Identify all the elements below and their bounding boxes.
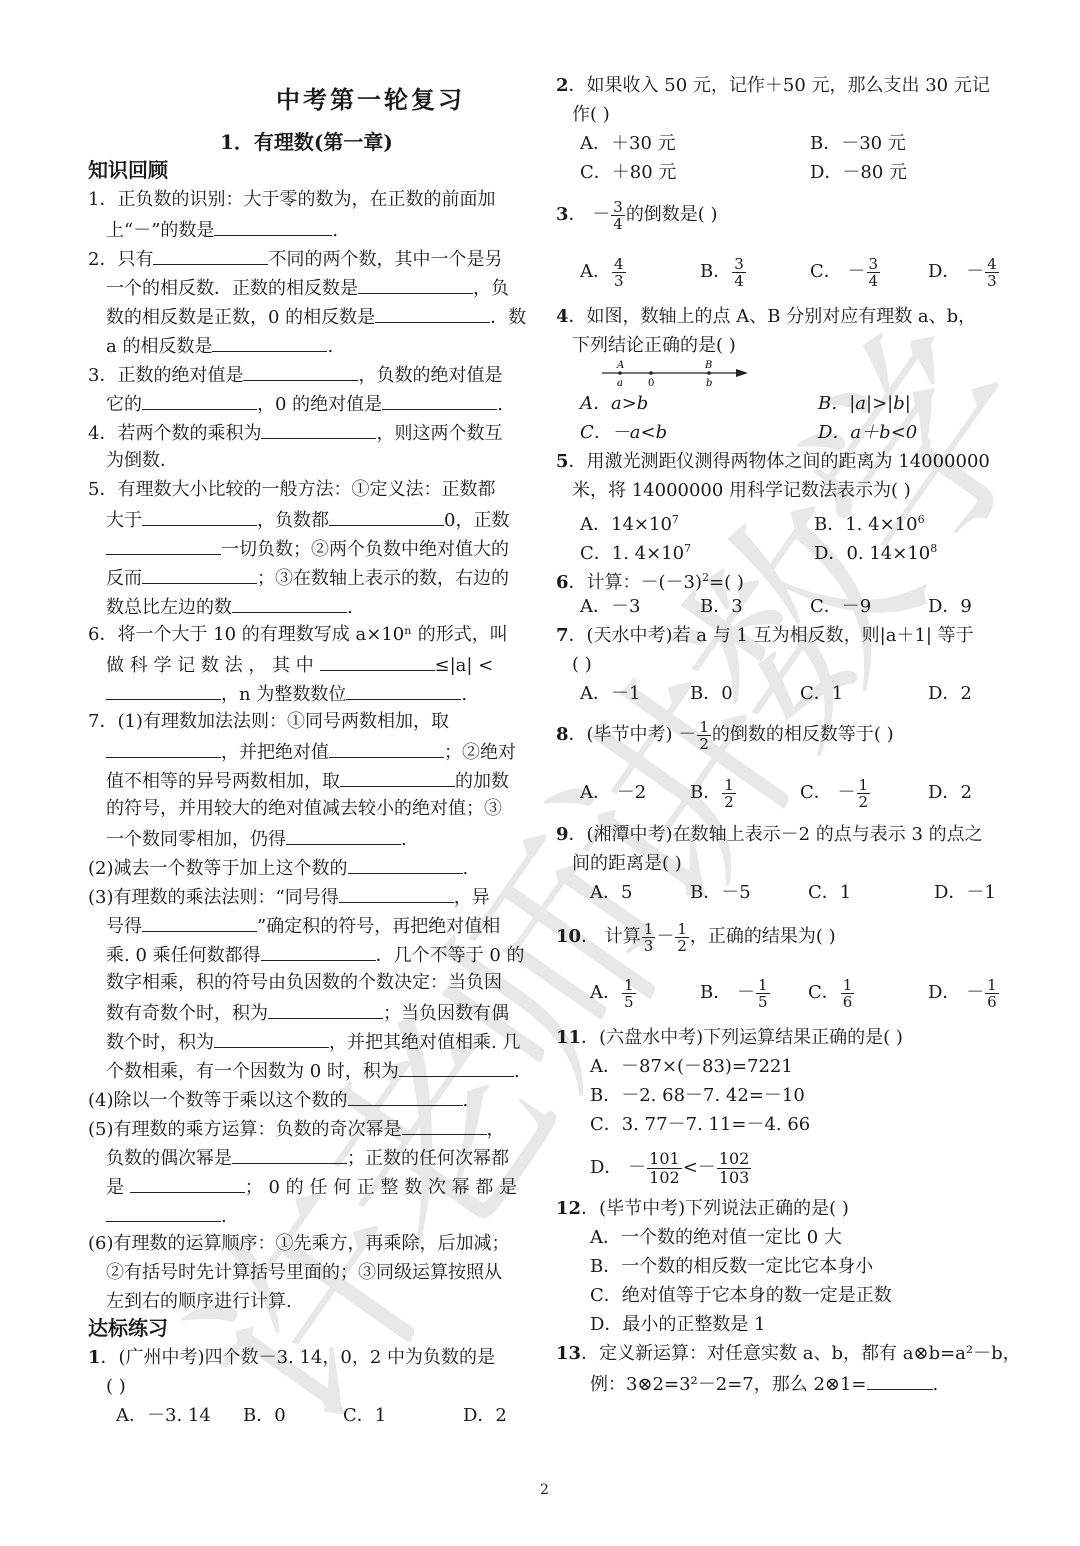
answer-blank[interactable] xyxy=(867,1371,933,1390)
question-stem: 7．(天水中考)若 a 与 1 互为相反数，则|a＋1| 等于 xyxy=(556,624,974,648)
worksheet-page: 许老师讲数学 中考第一轮复习 1．有理数(第一章) 知识回顾 1．正负数的识别：… xyxy=(0,0,1080,1546)
review-line: 数个时，积为，并把其绝对值相乘. 几 xyxy=(106,1029,520,1055)
review-line: 上“－”的数是. xyxy=(106,217,338,243)
question-stem: 4．如图，数轴上的点 A、B 分别对应有理数 a、b， xyxy=(556,305,976,329)
option-b[interactable]: B．－5 xyxy=(690,881,751,905)
option-c[interactable]: C． －34 xyxy=(810,255,881,289)
option-c[interactable]: C．1 xyxy=(343,1404,386,1428)
review-line: 负数的偶次幂是；正数的任何次幂都 xyxy=(106,1145,509,1171)
question-stem: 9．(湘潭中考)在数轴上表示－2 的点与表示 3 的点之 xyxy=(556,823,983,847)
review-line: ②有括号时先计算括号里面的；③同级运算按照从 xyxy=(106,1261,502,1285)
question-stem: 5．用激光测距仪测得两物体之间的距离为 14000000 xyxy=(556,450,990,474)
review-line: (4)除以一个数等于乘以这个数的. xyxy=(88,1087,468,1113)
question-stem: 10． 计算13－12，正确的结果为( ) xyxy=(556,920,836,954)
question-stem: 6．计算：－(－3)2=( ) xyxy=(556,566,744,595)
option-c[interactable]: C．16 xyxy=(808,976,855,1010)
answer-blank[interactable] xyxy=(214,217,332,236)
option-a[interactable]: A．－3. 14 xyxy=(116,1404,211,1428)
review-line: (2)减去一个数等于加上这个数的. xyxy=(88,855,468,881)
option-c[interactable]: C．3. 77－7. 11=－4. 66 xyxy=(590,1113,810,1137)
answer-paren[interactable]: 作( ) xyxy=(572,103,610,127)
option-b[interactable]: B．12 xyxy=(690,776,737,810)
answer-blank[interactable] xyxy=(358,275,473,294)
answer-blank[interactable] xyxy=(348,1087,463,1106)
answer-paren[interactable]: 下列结论正确的是( ) xyxy=(572,334,736,358)
answer-blank[interactable] xyxy=(142,507,257,526)
review-line: 值不相等的异号两数相加，取的加数 xyxy=(106,768,509,794)
option-d[interactable]: D． －43 xyxy=(928,255,1000,289)
review-line: 数字相乘，积的符号由负因数的个数决定：当负因 xyxy=(106,971,502,995)
option-b[interactable]: B．3 xyxy=(700,595,743,619)
option-b[interactable]: B．1. 4×106 xyxy=(814,508,925,537)
option-d[interactable]: D．2 xyxy=(928,776,972,810)
option-c[interactable]: C．绝对值等于它本身的数一定是正数 xyxy=(590,1284,892,1308)
option-b[interactable]: B．－2. 68－7. 42=－10 xyxy=(590,1084,805,1108)
option-a[interactable]: A．5 xyxy=(590,881,632,905)
answer-blank[interactable] xyxy=(232,594,347,613)
page-title: 中考第一轮复习 xyxy=(276,88,465,112)
option-b[interactable]: B．0 xyxy=(690,682,733,706)
review-line: 它的，0 的绝对值是. xyxy=(106,391,503,417)
review-line: 反而；③在数轴上表示的数，右边的 xyxy=(106,565,509,591)
question-stem: 3． －34的倒数是( ) xyxy=(556,198,718,232)
answer-blank[interactable] xyxy=(261,420,376,439)
option-d[interactable]: D．最小的正整数是 1 xyxy=(590,1313,766,1337)
review-line: 数总比左边的数. xyxy=(106,594,353,620)
review-line: 5．有理数大小比较的一般方法：①定义法：正数都 xyxy=(88,478,495,502)
option-c[interactable]: C． －12 xyxy=(800,776,871,810)
answer-blank[interactable] xyxy=(142,565,257,584)
option-a[interactable]: A．－87×(－83)=7221 xyxy=(590,1055,793,1079)
option-a[interactable]: A．15 xyxy=(590,976,637,1010)
option-a[interactable]: A．43 xyxy=(580,255,627,289)
answer-blank[interactable] xyxy=(399,1058,514,1077)
answer-blank[interactable] xyxy=(214,1029,329,1048)
option-a[interactable]: A．－3 xyxy=(580,595,640,619)
chapter-title: 1．有理数(第一章) xyxy=(220,130,393,154)
answer-blank[interactable] xyxy=(130,1174,245,1193)
number-line-figure: A B a 0 b xyxy=(600,356,750,390)
answer-blank[interactable] xyxy=(348,855,463,874)
page-number: 2 xyxy=(540,1482,549,1498)
svg-text:B: B xyxy=(704,360,712,371)
review-line: 个数相乘，有一个因数为 0 时，积为. xyxy=(106,1058,520,1084)
answer-blank[interactable] xyxy=(286,826,401,845)
review-line: 做 科 学 记 数 法 ， 其 中 ≤|a| < xyxy=(106,652,493,678)
fraction: 34 xyxy=(611,199,625,232)
answer-blank[interactable] xyxy=(232,1145,347,1164)
section-heading-practice: 达标练习 xyxy=(88,1316,168,1340)
option-b[interactable]: B．－30 元 xyxy=(810,132,906,156)
option-b[interactable]: B． －15 xyxy=(700,976,771,1010)
review-line: . xyxy=(106,1203,227,1229)
review-line: (3)有理数的乘法法则：“同号得，异 xyxy=(88,884,490,910)
option-b[interactable]: B．34 xyxy=(700,255,747,289)
option-d[interactable]: D．－1 xyxy=(934,881,996,905)
review-line: 左到右的顺序进行计算. xyxy=(106,1290,292,1314)
answer-blank[interactable] xyxy=(268,1000,383,1019)
question-stem: 11．(六盘水中考)下列运算结果正确的是( ) xyxy=(556,1026,903,1050)
answer-blank[interactable] xyxy=(339,884,454,903)
option-c[interactable]: C．＋80 元 xyxy=(580,161,676,185)
svg-text:a: a xyxy=(617,378,623,389)
answer-blank[interactable] xyxy=(153,246,268,265)
review-line: 一个的相反数．正数的相反数是，负 xyxy=(106,275,509,301)
review-line: 数的相反数是正数，0 的相反数是．数 xyxy=(106,304,526,330)
answer-blank[interactable] xyxy=(106,681,221,700)
option-d[interactable]: D．2 xyxy=(928,682,972,706)
question-stem-cont: 例：3⊗2=3²－2=7，那么 2⊗1=. xyxy=(590,1371,938,1397)
option-d[interactable]: D．－80 元 xyxy=(810,161,907,185)
answer-paren[interactable]: ( ) xyxy=(572,653,592,677)
review-line: 1．正负数的识别：大于零的数为，在正数的前面加 xyxy=(88,188,495,212)
review-line: 6．将一个大于 10 的有理数写成 a×10ⁿ 的形式，叫 xyxy=(88,623,508,647)
question-stem-cont: 米，将 14000000 用科学记数法表示为( ) xyxy=(572,479,911,503)
review-line: (5)有理数的乘方运算：负数的奇次幂是， xyxy=(88,1116,505,1142)
svg-text:0: 0 xyxy=(648,378,654,389)
review-line: ，n 为整数数位. xyxy=(106,681,467,707)
question-stem: 2．如果收入 50 元，记作＋50 元，那么支出 30 元记 xyxy=(556,74,990,98)
option-d[interactable]: D．9 xyxy=(928,595,972,619)
option-c[interactable]: C．－a<b xyxy=(580,421,667,445)
answer-blank[interactable] xyxy=(142,391,257,410)
option-d[interactable]: D．a＋b<0 xyxy=(818,421,917,445)
answer-blank[interactable] xyxy=(142,913,257,932)
section-heading-review: 知识回顾 xyxy=(88,158,168,182)
answer-blank[interactable] xyxy=(329,739,444,758)
answer-blank[interactable] xyxy=(382,391,497,410)
review-line: 一切负数；②两个负数中绝对值大的 xyxy=(106,536,509,562)
review-line: (6)有理数的运算顺序：①先乘方，再乘除，后加减； xyxy=(88,1232,510,1256)
answer-blank[interactable] xyxy=(346,681,461,700)
review-line: 3．正数的绝对值是，负数的绝对值是 xyxy=(88,362,502,388)
review-line: 7．(1)有理数加法法则：①同号两数相加，取 xyxy=(88,710,449,734)
review-line: 2．只有不同的两个数，其中一个是另 xyxy=(88,246,502,272)
option-a[interactable]: A．a>b xyxy=(580,392,648,416)
option-c[interactable]: C．1 xyxy=(808,881,851,905)
answer-blank[interactable] xyxy=(375,304,490,323)
option-a[interactable]: A．＋30 元 xyxy=(580,132,676,156)
review-line: 数有奇数个时，积为；当负因数有偶 xyxy=(106,1000,509,1026)
answer-blank[interactable] xyxy=(329,507,444,526)
answer-blank[interactable] xyxy=(106,536,221,555)
review-line: 4．若两个数的乘积为，则这两个数互 xyxy=(88,420,502,446)
option-c[interactable]: C．1. 4×107 xyxy=(580,537,691,566)
option-d[interactable]: D．0. 14×108 xyxy=(814,537,937,566)
question-stem: 8．(毕节中考) －12的倒数的相反数等于( ) xyxy=(556,718,894,752)
answer-blank[interactable] xyxy=(212,333,327,352)
question-stem: 12．(毕节中考)下列说法正确的是( ) xyxy=(556,1197,849,1221)
option-a[interactable]: A．14×107 xyxy=(580,508,679,537)
answer-paren[interactable]: ( ) xyxy=(106,1375,126,1399)
review-line: 号得”确定积的符号，再把绝对值相 xyxy=(106,913,500,939)
option-b[interactable]: B．|a|>|b| xyxy=(818,392,911,416)
review-line: a 的相反数是. xyxy=(106,333,333,359)
option-a[interactable]: A． －2 xyxy=(580,776,646,810)
option-c[interactable]: C．1 xyxy=(800,682,843,706)
review-line: 的符号，并用较大的绝对值减去较小的绝对值；③ xyxy=(106,797,502,821)
option-d[interactable]: D． －16 xyxy=(928,976,1000,1010)
question-stem: 13．定义新运算：对任意实数 a、b，都有 a⊗b=a²－b， xyxy=(556,1342,1021,1366)
option-a[interactable]: A．－1 xyxy=(580,682,640,706)
answer-blank[interactable] xyxy=(106,739,221,758)
answer-blank[interactable] xyxy=(340,768,455,787)
option-d[interactable]: D． －101102<－102103 xyxy=(590,1148,752,1188)
answer-blank[interactable] xyxy=(106,1203,221,1222)
option-b[interactable]: B．一个数的相反数一定比它本身小 xyxy=(590,1255,873,1279)
review-line: 为倒数． xyxy=(106,449,178,473)
question-stem: 1．(广州中考)四个数－3. 14，0，2 中为负数的是 xyxy=(88,1346,495,1370)
review-line: 大于，负数都0，正数 xyxy=(106,507,509,533)
option-d[interactable]: D．2 xyxy=(463,1404,507,1428)
answer-blank[interactable] xyxy=(320,652,435,671)
answer-blank[interactable] xyxy=(402,1116,487,1135)
answer-blank[interactable] xyxy=(261,942,376,961)
svg-text:A: A xyxy=(616,360,624,371)
option-b[interactable]: B．0 xyxy=(243,1404,286,1428)
answer-blank[interactable] xyxy=(243,362,358,381)
option-a[interactable]: A．一个数的绝对值一定比 0 大 xyxy=(590,1226,842,1250)
option-c[interactable]: C．－9 xyxy=(810,595,871,619)
svg-text:b: b xyxy=(706,378,712,389)
review-line: 乘. 0 乘任何数都得．几个不等于 0 的 xyxy=(106,942,525,968)
answer-paren[interactable]: 间的距离是( ) xyxy=(572,852,682,876)
review-line: 一个数同零相加，仍得. xyxy=(106,826,407,852)
review-line: ，并把绝对值；②绝对 xyxy=(106,739,516,765)
review-line: 是 ； 0 的 任 何 正 整 数 次 幂 都 是 xyxy=(106,1174,517,1200)
